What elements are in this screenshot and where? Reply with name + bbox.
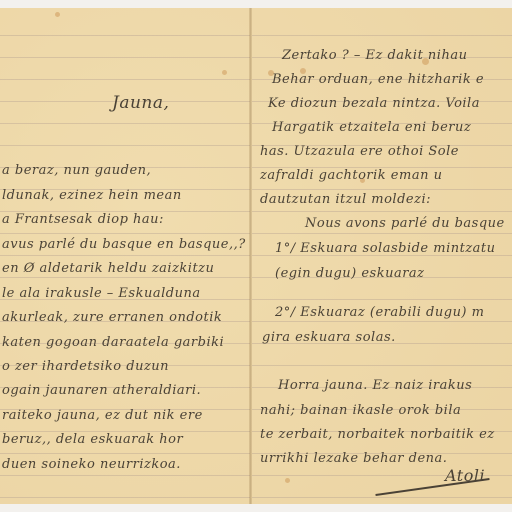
text-line: Nous avons parlé du basque	[305, 216, 505, 231]
text-line: urrikhi lezake behar dena.	[260, 451, 447, 466]
text-line: 2°/ Eskuaraz (erabili dugu) m	[275, 305, 484, 320]
text-line: o zer ihardetsiko duzun	[2, 359, 169, 374]
text-line: dautzutan itzul moldezi:	[260, 192, 431, 207]
text-line: akurleak, zure erranen ondotik	[2, 310, 222, 325]
text-line: Behar orduan, ene hitzharik e	[272, 72, 484, 87]
text-line: zafraldi gachtorik eman u	[260, 168, 442, 183]
stain	[222, 70, 227, 75]
text-line: 1°/ Eskuara solasbide mintzatu	[275, 241, 496, 256]
page-fold	[249, 8, 252, 504]
salutation: Jauna,	[112, 93, 169, 113]
stain	[285, 478, 290, 483]
text-line: a Frantsesak diop hau:	[2, 212, 164, 227]
text-line: le ala irakusle – Eskualduna	[2, 286, 201, 301]
text-line: avus parlé du basque en basque,,?	[2, 237, 246, 252]
text-line: Hargatik etzaitela eni beruz	[272, 120, 471, 135]
text-line: Zertako ? – Ez dakit nihau	[282, 48, 467, 63]
text-line: gira eskuara solas.	[262, 330, 396, 345]
text-line: beruz,, dela eskuarak hor	[2, 432, 183, 447]
text-line: ldunak, ezinez hein mean	[2, 188, 182, 203]
stain	[55, 12, 60, 17]
text-line: duen soineko neurrizkoa.	[2, 457, 181, 472]
text-line: (egin dugu) eskuaraz	[275, 266, 425, 281]
text-line: en Ø aldetarik heldu zaizkitzu	[2, 261, 214, 276]
text-line: raiteko jauna, ez dut nik ere	[2, 408, 203, 423]
text-line: Ke diozun bezala nintza. Voila	[268, 96, 480, 111]
text-line: ogain jaunaren atheraldiari.	[2, 383, 201, 398]
left-page	[0, 8, 250, 504]
text-line: te zerbait, norbaitek norbaitik ez	[260, 427, 495, 442]
text-line: Horra jauna. Ez naiz irakus	[278, 378, 472, 393]
text-line: a beraz, nun gauden,	[2, 163, 151, 178]
letter-paper: Jauna, a beraz, nun gauden, ldunak, ezin…	[0, 8, 512, 504]
text-line: katen gogoan daraatela garbiki	[2, 335, 224, 350]
text-line: has. Utzazula ere othoi Sole	[260, 144, 459, 159]
text-line: nahi; bainan ikasle orok bila	[260, 403, 461, 418]
